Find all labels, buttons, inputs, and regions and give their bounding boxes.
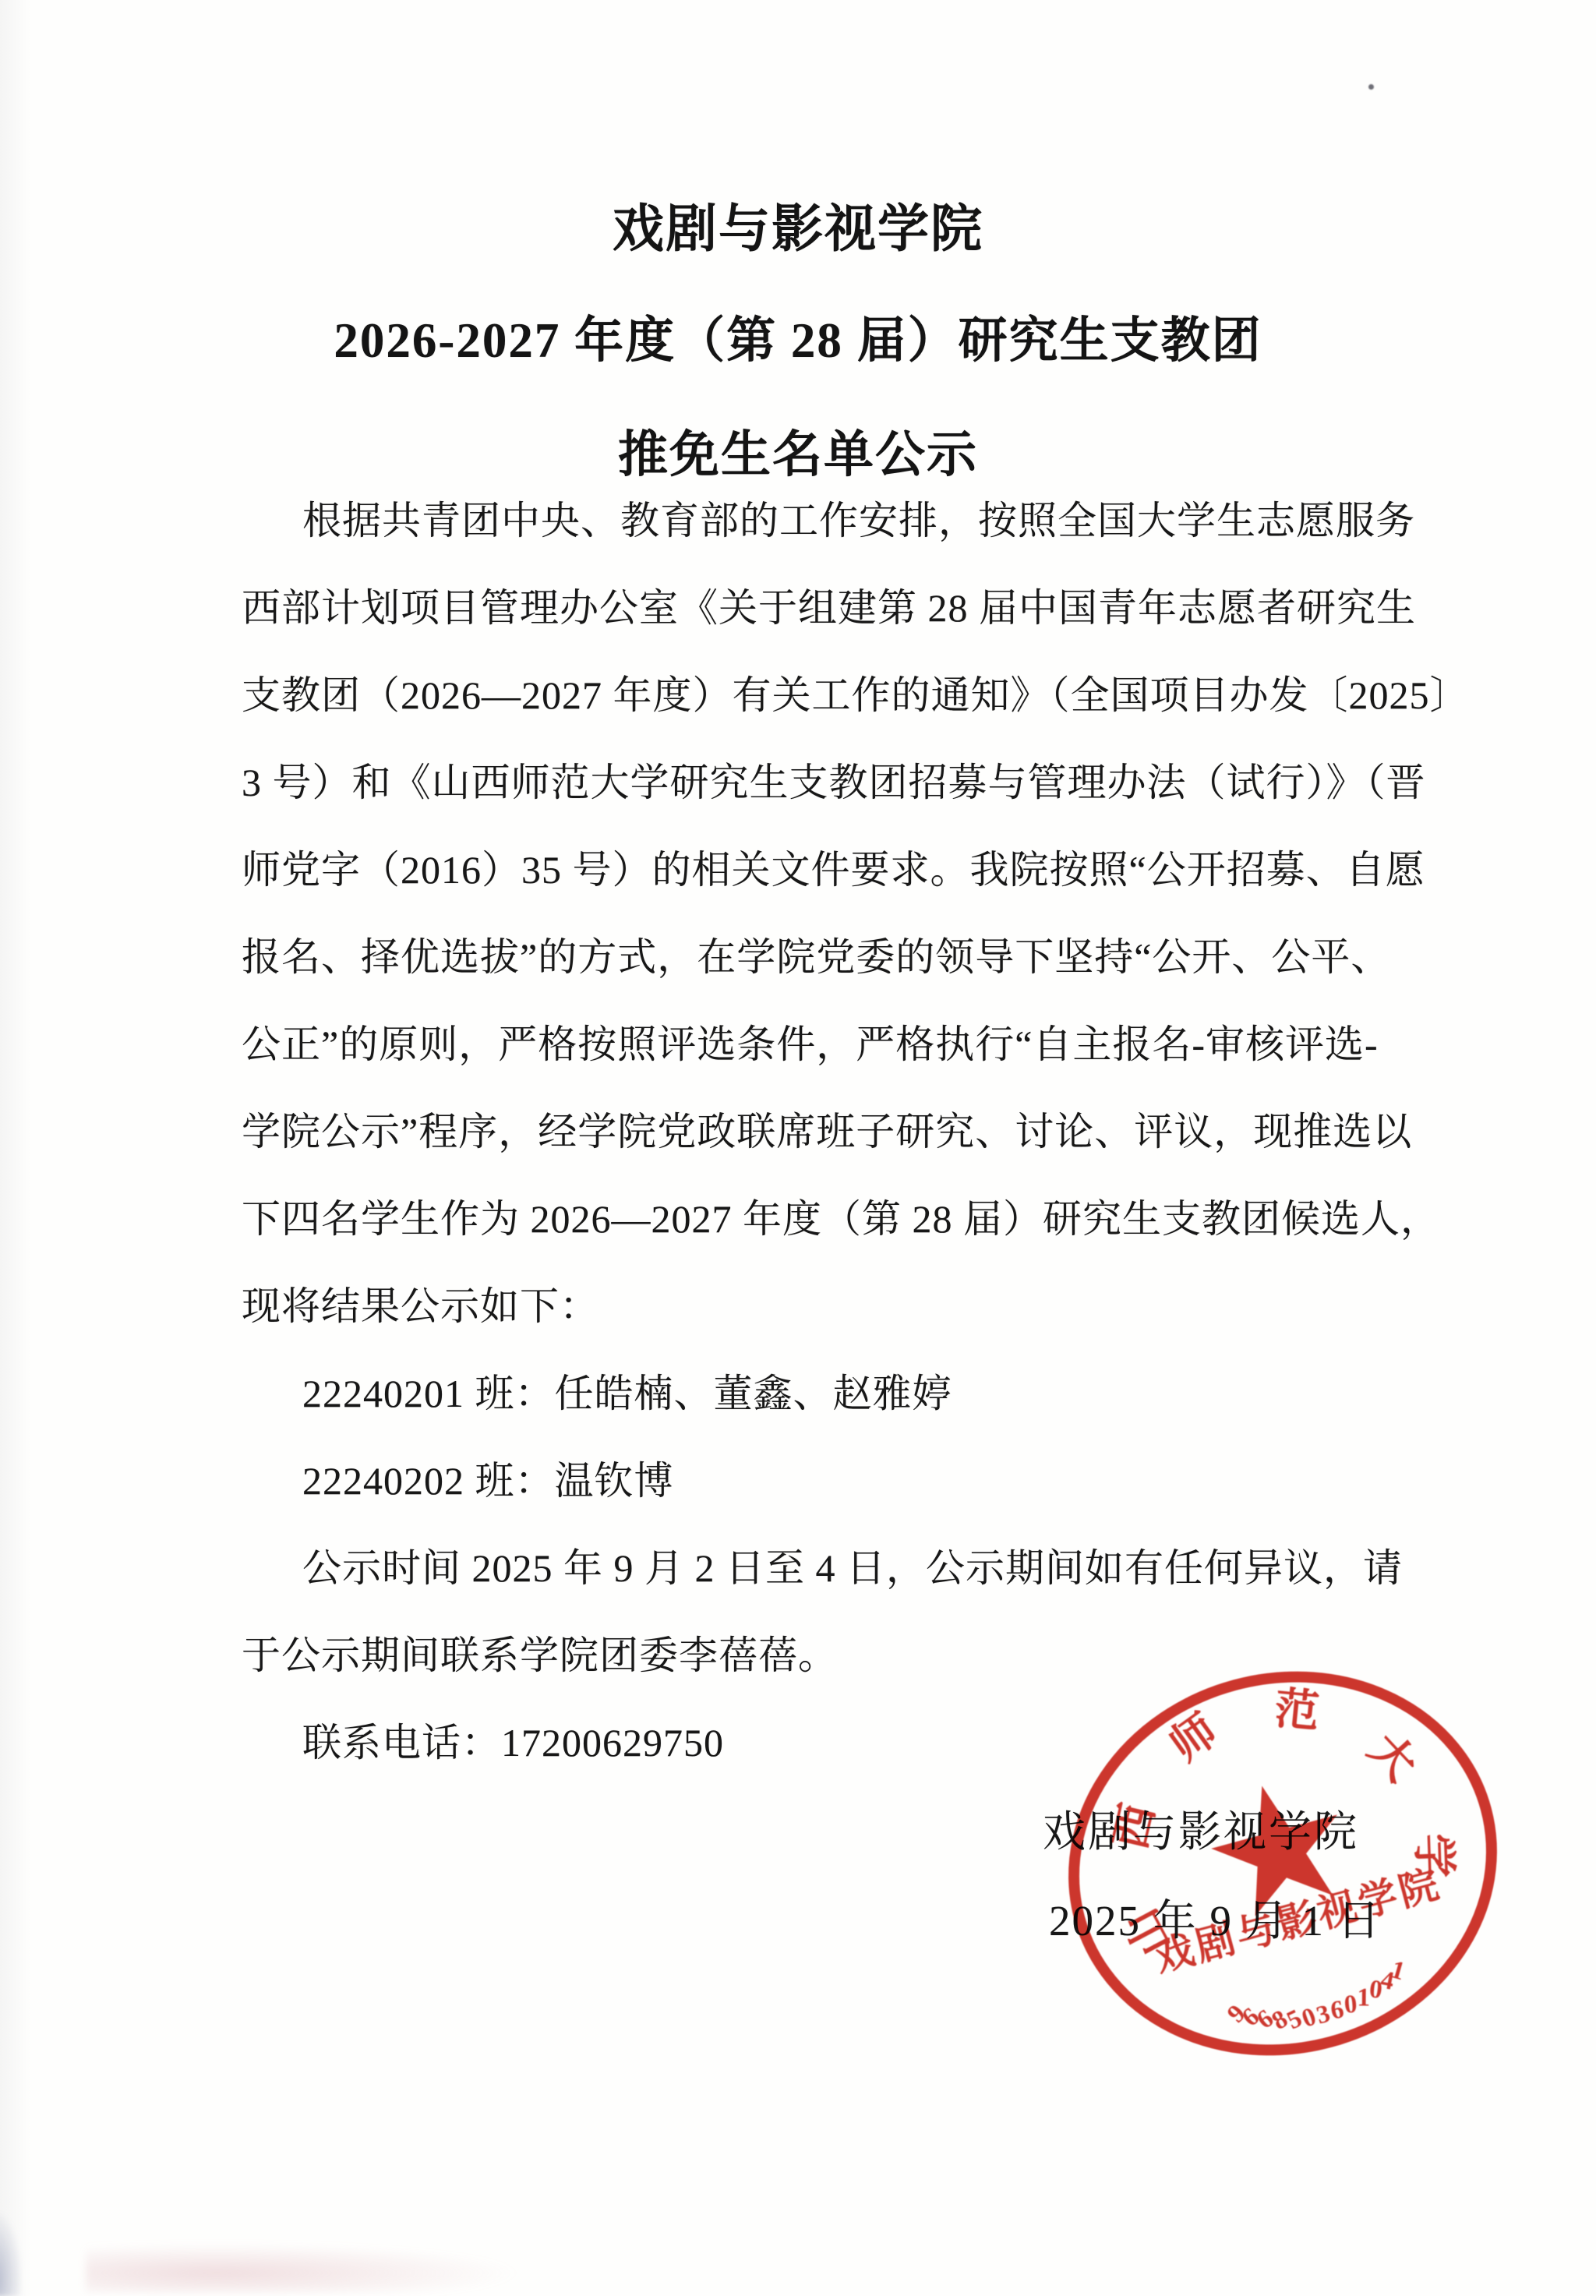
scan-smudge [86,2243,522,2293]
svg-text:西: 西 [1106,1800,1163,1854]
scan-smudge-corner [0,2213,22,2296]
title-college-name: 戏剧与影视学院 [0,187,1596,261]
seal-number-arc-text: 1401063058669 [1220,1953,1420,2054]
title-program-year: 2026-2027 年度（第 28 届）研究生支教团 [0,301,1596,372]
title-announcement: 推免生名单公示 [0,415,1596,486]
announcement-body: 根据共青团中央、教育部的工作安排，按照全国大学生志愿服务 西部计划项目管理办公室… [242,477,1481,1786]
svg-text:0: 0 [1368,1975,1383,2004]
body-line: 根据共青团中央、教育部的工作安排，按照全国大学生志愿服务 [242,477,1481,564]
body-line: 公正”的原则，严格按照评选条件，严格执行“自主报名-审核评选- [242,1001,1481,1088]
body-line: 报名、择优选拔”的方式，在学院党委的领导下坚持“公开、公平、 [242,913,1481,1001]
body-line-class-list: 22240202 班：温钦博 [242,1437,1481,1524]
svg-text:大: 大 [1359,1725,1425,1791]
body-line: 师党字（2016）35 号）的相关文件要求。我院按照“公开招募、自愿 [242,826,1481,913]
body-line: 公示时间 2025 年 9 月 2 日至 4 日，公示期间如有任何异议，请 [242,1524,1481,1612]
body-line: 学院公示”程序，经学院党政联席班子研究、讨论、评议，现推选以 [242,1088,1481,1175]
scanned-document-page: 戏剧与影视学院 2026-2027 年度（第 28 届）研究生支教团 推免生名单… [0,0,1596,2296]
scan-artifact-dot [1368,84,1374,90]
svg-text:范: 范 [1273,1684,1322,1737]
body-line: 西部计划项目管理办公室《关于组建第 28 届中国青年志愿者研究生 [242,564,1481,652]
body-line-class-list: 22240201 班：任皓楠、董鑫、赵雅婷 [242,1350,1481,1437]
svg-text:1: 1 [1357,1983,1370,2012]
body-line: 现将结果公示如下： [242,1263,1481,1350]
svg-text:0: 0 [1343,1990,1358,2019]
body-line: 支教团（2026—2027 年度）有关工作的通知》（全国项目办发〔2025〕 [242,652,1481,739]
body-line: 下四名学生作为 2026—2027 年度（第 28 届）研究生支教团候选人， [242,1175,1481,1263]
body-line: 3 号）和《山西师范大学研究生支教团招募与管理办法（试行）》（晋 [242,739,1481,826]
